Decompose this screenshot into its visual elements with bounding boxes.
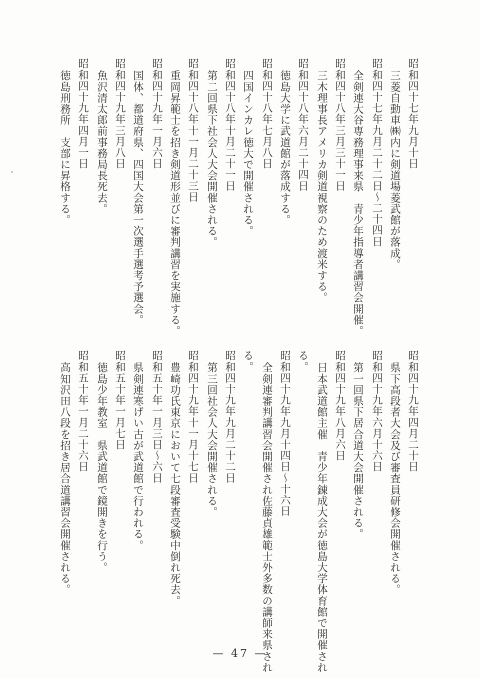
entry-date: 昭和四十九年一月六日 [151, 58, 162, 169]
entry-date: 昭和四十九年九月十四日～十六日 [279, 350, 290, 517]
entry-date: 昭和四十九年六月十六日 [371, 350, 382, 472]
entry-date: 昭和四十八年六月二十四日 [297, 58, 308, 191]
entry-date: 昭和四十七年九月十日 [407, 58, 418, 169]
entry-text: 第一回県下居合道大会開催される。 [352, 362, 363, 540]
entry-date: 昭和四十八年十月二十一日 [224, 58, 235, 191]
page-number: — 47 — [0, 647, 480, 660]
entry-text: 魚沢清太郎前事務局長死去。 [96, 70, 107, 214]
entry-text: 三菱自動車㈱内に剣道場菱武館が落成。 [389, 70, 400, 270]
entry-text: 重岡昇範士を招き剣道形並びに審判講習を実施する。 [169, 70, 180, 336]
entry-date: 昭和四十八年三月三十一日 [334, 58, 345, 191]
entry-text: 第二回県下社会人大会開催される。 [206, 70, 217, 248]
entry-date: 昭和四十九年十一月十七日 [187, 350, 198, 483]
entry-date: 昭和四十九年四月一日 [77, 58, 88, 169]
entry-text: 徳島刑務所 支部に昇格する。 [59, 70, 70, 225]
entry-text: 全剣連審判講習会開催され佐藤貞雄範士外多数の講師来県され [261, 362, 272, 673]
entry-text: 国体、都道府県、四国大会第一次選手選考予選会。 [132, 70, 143, 325]
entry-text: 徳島大学に武道館が落成する。 [279, 70, 290, 225]
entry-date: 昭和五十年一月七日 [114, 350, 125, 450]
entry-text: 県下高段者大会及び審査員研修会開催される。 [389, 362, 400, 595]
entry-date: 昭和四十九年九月二十二日 [224, 350, 235, 483]
entry-text: 第三回社会人大会開催される。 [206, 362, 217, 517]
entry-text: 県剣連寒げい古が武道館で行われる。 [132, 362, 143, 551]
entry-text: 四国インカレ徳大で開催される。 [242, 70, 253, 237]
entry-date: 昭和四十八年七月八日 [261, 58, 272, 169]
entry-text: 高知沢田八段を招き居合道講習会開催される。 [59, 362, 70, 595]
entry-date: 昭和四十九年八月六日 [334, 350, 345, 461]
entry-date: 昭和五十年一月三日～六日 [151, 350, 162, 483]
entry-text: 三木理事長アメリカ剣道視察のため渡米する。 [316, 70, 327, 303]
entry-date: 昭和四十八年十一月二十三日 [187, 58, 198, 202]
entry-text-continuation: る。 [297, 350, 308, 372]
entry-date: 昭和四十九年三月八日 [114, 58, 125, 169]
entry-text-continuation: る。 [242, 350, 253, 372]
top-chronology-section: 昭和四十七年九月十日 三菱自動車㈱内に剣道場菱武館が落成。 昭和四十七年九月二十… [0, 58, 480, 338]
entry-date: 昭和四十九年四月二十日 [407, 350, 418, 472]
entry-text: 徳島少年教室 県武道館で鏡開きを行う。 [96, 362, 107, 573]
bottom-chronology-section: 昭和四十九年四月二十日 県下高段者大会及び審査員研修会開催される。 昭和四十九年… [0, 350, 480, 630]
entry-text: 豊崎功氏東京において七段審査受験中倒れ死去。 [169, 362, 180, 606]
entry-text: 全剣連大谷専務理事来県 青少年指導者講習会開催。 [352, 70, 363, 336]
entry-date: 昭和五十年一月二十六日 [77, 350, 88, 472]
entry-date: 昭和四十七年九月二十二日～二十四日 [371, 58, 382, 247]
entry-text: 日本武道館主催 青少年錬成大会が徳島大学体育館で開催され [316, 362, 327, 673]
